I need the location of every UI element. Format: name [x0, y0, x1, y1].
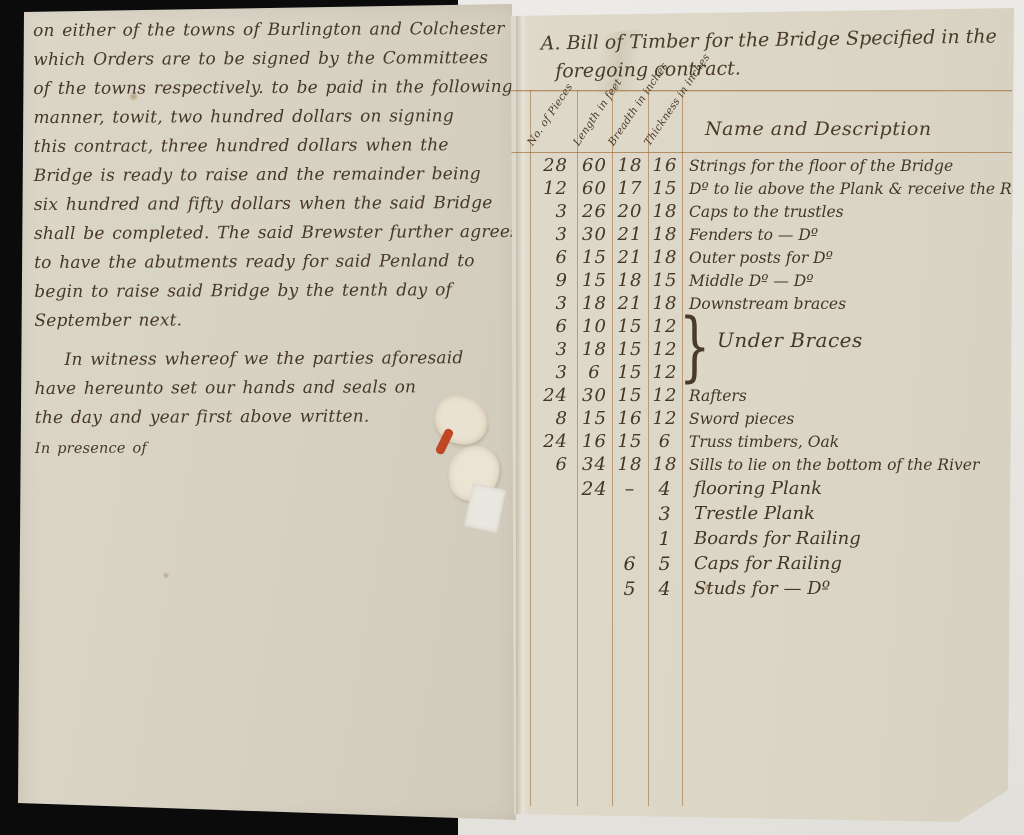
cell-thickness: 18 [648, 224, 682, 245]
table-row: 3 6 15 12 [530, 361, 1012, 384]
cell-thickness: 5 [648, 553, 682, 575]
cell-breadth: 15 [612, 362, 648, 383]
cell-length: 15 [577, 408, 612, 429]
table-row: 3 26 20 18 Caps to the trustles [530, 200, 1012, 223]
cell-breadth: 16 [612, 408, 648, 429]
ink-stain [128, 92, 139, 101]
manuscript-line: on either of the towns of Burlington and… [33, 15, 505, 46]
table-row: 24 – 4 flooring Plank [530, 476, 1012, 501]
manuscript-line: to have the abutments ready for said Pen… [34, 247, 506, 278]
manuscript-line: have hereunto set our hands and seals on [35, 373, 507, 404]
under-braces-label: Under Braces [717, 328, 863, 352]
cell-thickness: 4 [648, 478, 682, 500]
cell-description: Boards for Railing [682, 528, 1012, 549]
table-row: 6 34 18 18 Sills to lie on the bottom of… [530, 453, 1012, 476]
cell-breadth: 17 [612, 178, 648, 199]
manuscript-line: September next. [34, 305, 506, 336]
cell-thickness: 18 [648, 293, 682, 314]
cell-thickness: 3 [648, 503, 682, 525]
cell-breadth: 6 [612, 553, 648, 575]
cell-length: 15 [577, 247, 612, 268]
table-row: 3 30 21 18 Fenders to — Dº [530, 223, 1012, 246]
table-header-rule [511, 152, 1012, 153]
cell-length: 10 [577, 316, 612, 337]
cell-description: Sills to lie on the bottom of the River [682, 456, 1012, 474]
cell-length: 30 [577, 224, 612, 245]
cell-description: Studs for — Dº [682, 578, 1012, 599]
cell-breadth: 20 [612, 201, 648, 222]
cell-pieces: 3 [530, 339, 577, 360]
bill-title-line-2: foregoing contract. [541, 50, 997, 85]
cell-pieces: 9 [530, 270, 577, 291]
manuscript-line: this contract, three hundred dollars whe… [34, 131, 506, 162]
left-page: on either of the towns of Burlington and… [16, 0, 520, 826]
ink-stain [705, 584, 711, 590]
cell-description: Fenders to — Dº [682, 226, 1012, 244]
table-row: 8 15 16 12 Sword pieces [530, 407, 1012, 430]
cell-pieces: 3 [530, 293, 577, 314]
cell-length: 15 [577, 270, 612, 291]
cell-breadth: 15 [612, 385, 648, 406]
cell-breadth: – [612, 478, 648, 500]
table-row: 28 60 18 16 Strings for the floor of the… [530, 154, 1012, 177]
manuscript-line: In witness whereof we the parties afores… [34, 344, 506, 375]
cell-breadth: 15 [612, 339, 648, 360]
cell-length: 6 [577, 362, 612, 383]
cell-description: Caps for Railing [682, 553, 1012, 574]
manuscript-line: shall be completed. The said Brewster fu… [34, 218, 506, 249]
group-brace: } [679, 306, 710, 388]
manuscript-line: manner, towit, two hundred dollars on si… [33, 102, 505, 133]
cell-thickness: 12 [648, 385, 682, 406]
cell-breadth: 18 [612, 155, 648, 176]
cell-breadth: 5 [612, 578, 648, 600]
page-fold-crease [516, 6, 528, 828]
cell-pieces: 8 [530, 408, 577, 429]
cell-pieces: 3 [530, 362, 577, 383]
cell-thickness: 15 [648, 178, 682, 199]
cell-description: Rafters [682, 387, 1012, 405]
cell-length: 26 [577, 201, 612, 222]
cell-pieces: 28 [530, 155, 577, 176]
table-row: 9 15 18 15 Middle Dº — Dº [530, 269, 1012, 292]
manuscript-scan: on either of the towns of Burlington and… [0, 0, 1024, 835]
cell-pieces: 3 [530, 224, 577, 245]
cell-pieces: 12 [530, 178, 577, 199]
cell-thickness: 12 [648, 339, 682, 360]
cell-description: Strings for the floor of the Bridge [682, 157, 1012, 175]
cell-description: flooring Plank [682, 478, 1012, 499]
manuscript-line: six hundred and fifty dollars when the s… [34, 189, 506, 220]
cell-pieces: 6 [530, 247, 577, 268]
cell-thickness: 12 [648, 316, 682, 337]
manuscript-line: which Orders are to be signed by the Com… [33, 44, 505, 75]
timber-table: 28 60 18 16 Strings for the floor of the… [530, 154, 1012, 601]
cell-length: 60 [577, 178, 612, 199]
cell-description: Dº to lie above the Plank & receive the … [682, 180, 1024, 198]
cell-length: 24 [577, 478, 612, 500]
cell-thickness: 12 [648, 362, 682, 383]
cell-description: Sword pieces [682, 410, 1012, 428]
cell-thickness: 6 [648, 431, 682, 452]
cell-pieces: 24 [530, 431, 577, 452]
table-row: 1 Boards for Railing [530, 526, 1012, 551]
table-row: 3 Trestle Plank [530, 501, 1012, 526]
table-row: 24 16 15 6 Truss timbers, Oak [530, 430, 1012, 453]
cell-breadth: 21 [612, 293, 648, 314]
cell-breadth: 18 [612, 454, 648, 475]
cell-description: Trestle Plank [682, 503, 1012, 524]
cell-thickness: 16 [648, 155, 682, 176]
cell-length: 34 [577, 454, 612, 475]
cell-thickness: 18 [648, 247, 682, 268]
ink-stain [162, 572, 170, 579]
manuscript-line: Bridge is ready to raise and the remaind… [34, 160, 506, 191]
contract-text: on either of the towns of Burlington and… [33, 15, 507, 464]
cell-length: 60 [577, 155, 612, 176]
cell-breadth: 15 [612, 316, 648, 337]
table-top-rule [511, 90, 1012, 91]
bill-title: A. Bill of Timber for the Bridge Specifi… [541, 22, 998, 85]
cell-breadth: 21 [612, 224, 648, 245]
cell-description: Caps to the trustles [682, 203, 1012, 221]
table-row: 6 5 Caps for Railing [530, 551, 1012, 576]
manuscript-line: begin to raise said Bridge by the tenth … [34, 276, 506, 307]
table-row: 12 60 17 15 Dº to lie above the Plank & … [530, 177, 1012, 200]
cell-thickness: 18 [648, 454, 682, 475]
table-row: 6 15 21 18 Outer posts for Dº [530, 246, 1012, 269]
column-header-name-description: Name and Description [705, 118, 932, 140]
cell-description: Truss timbers, Oak [682, 433, 1012, 451]
cell-thickness: 12 [648, 408, 682, 429]
cell-description: Middle Dº — Dº [682, 272, 1012, 290]
cell-length: 18 [577, 293, 612, 314]
table-row: 3 18 21 18 Downstream braces [530, 292, 1012, 315]
cell-pieces: 24 [530, 385, 577, 406]
cell-description: Outer posts for Dº [682, 249, 1012, 267]
manuscript-line: of the towns respectively. to be paid in… [33, 73, 505, 104]
table-row: 5 4 Studs for — Dº [530, 576, 1012, 601]
cell-thickness: 4 [648, 578, 682, 600]
cell-breadth: 18 [612, 270, 648, 291]
cell-thickness: 15 [648, 270, 682, 291]
cell-pieces: 6 [530, 454, 577, 475]
seal-remnant [464, 483, 506, 533]
table-row: 24 30 15 12 Rafters [530, 384, 1012, 407]
cell-pieces: 3 [530, 201, 577, 222]
cell-breadth: 15 [612, 431, 648, 452]
cell-length: 16 [577, 431, 612, 452]
cell-length: 30 [577, 385, 612, 406]
cell-description: Downstream braces [682, 295, 1012, 313]
right-page: A. Bill of Timber for the Bridge Specifi… [509, 6, 1016, 828]
cell-thickness: 1 [648, 528, 682, 550]
cell-thickness: 18 [648, 201, 682, 222]
cell-length: 18 [577, 339, 612, 360]
cell-pieces: 6 [530, 316, 577, 337]
contract-paragraph-1: on either of the towns of Burlington and… [33, 15, 506, 336]
cell-breadth: 21 [612, 247, 648, 268]
